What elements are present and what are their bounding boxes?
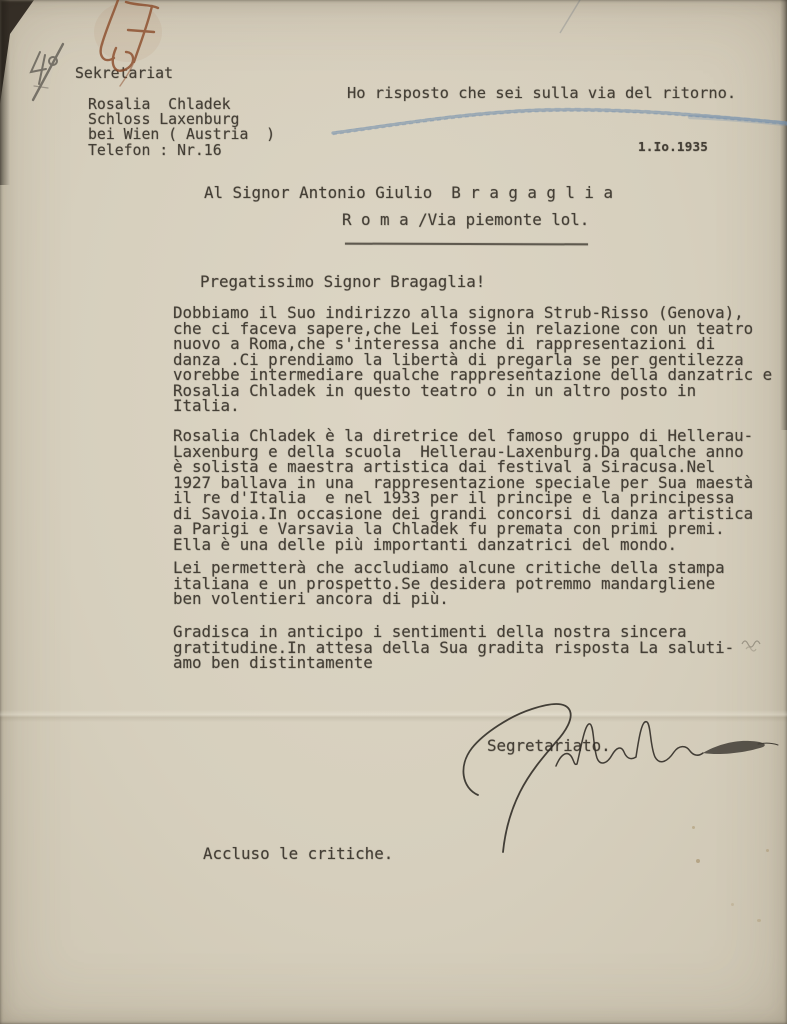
paragraph-3: Lei permetterà che accludiamo alcune cri… <box>173 560 725 607</box>
recipient-line1: Al Signor Antonio Giulio B r a g a g l i… <box>204 185 613 201</box>
diagonal-crease <box>560 0 580 33</box>
blue-pencil-line <box>333 108 787 134</box>
horizontal-fold-crease <box>0 710 787 722</box>
foxing-speck <box>692 826 695 829</box>
salutation: Pregatissimo Signor Bragaglia! <box>200 274 485 290</box>
foxing-speck <box>696 859 700 863</box>
letterhead-title: Sekretariat <box>75 66 173 81</box>
foxing-speck <box>766 849 769 852</box>
left-edge-shadow <box>0 0 10 185</box>
recipient-underline <box>345 243 588 246</box>
right-edge-shadow <box>780 0 787 430</box>
paragraph-2: Rosalia Chladek è la diretrice del famos… <box>173 428 753 552</box>
letter-page: Sekretariat Rosalia Chladek Schloss Laxe… <box>0 0 787 1024</box>
paragraph-1: Dobbiamo il Suo indirizzo alla signora S… <box>173 305 772 414</box>
letterhead-address: Rosalia Chladek Schloss Laxenburg bei Wi… <box>88 97 275 158</box>
foxing-speck <box>757 919 761 922</box>
handwritten-signature <box>463 704 778 852</box>
graphite-pencil-mark <box>31 44 63 100</box>
annotation-note: Ho risposto che sei sulla via del ritorn… <box>347 84 736 102</box>
recipient-line2: R o m a /Via piemonte lol. <box>342 212 589 228</box>
margin-pencil-squiggle <box>742 641 760 651</box>
date-line: 1.Io.1935 <box>638 139 708 154</box>
paragraph-4: Gradisca in anticipo i sentimenti della … <box>173 624 734 671</box>
foxing-speck <box>731 903 734 906</box>
closing-typed: Segretariato. <box>487 738 611 754</box>
enclosure-note: Accluso le critiche. <box>203 846 393 862</box>
